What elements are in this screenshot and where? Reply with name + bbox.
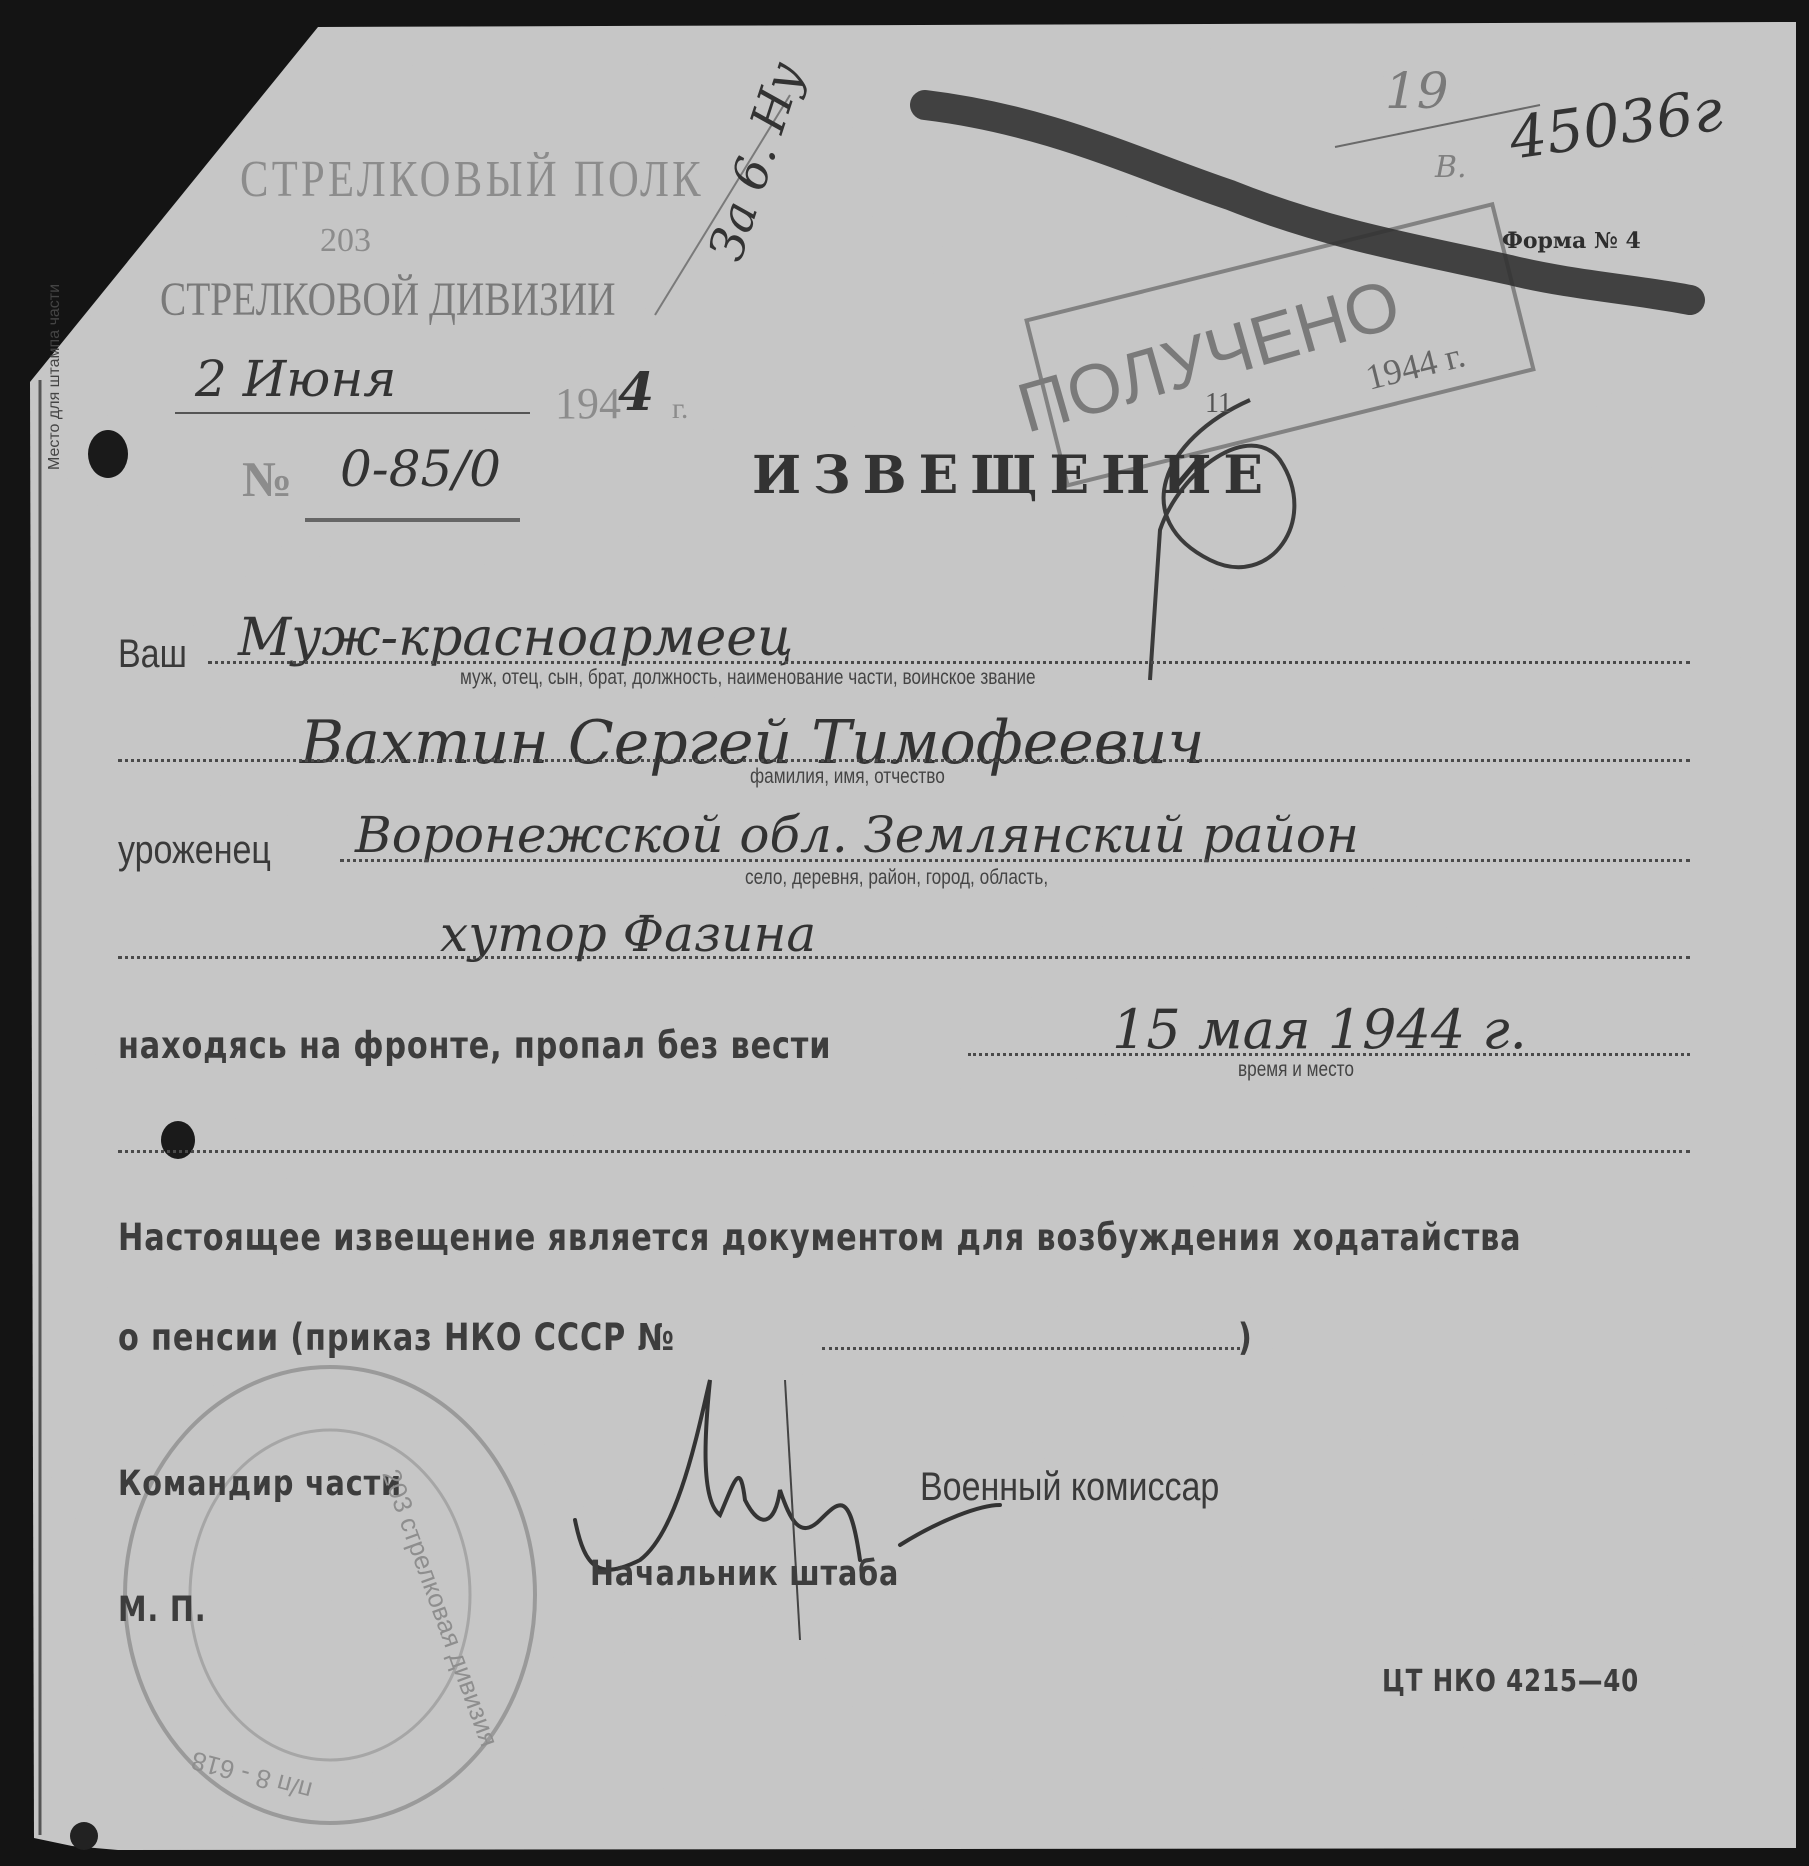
- punch-hole-middle: [161, 1121, 195, 1159]
- printer-mark: ЦТ НКО 4215—40: [1382, 1664, 1639, 1699]
- punch-hole-top: [88, 430, 128, 478]
- document-title: ИЗВЕЩЕНИЕ: [752, 445, 1275, 506]
- date-year-suffix: г.: [672, 392, 688, 426]
- commissar-label: Военный комиссар: [920, 1465, 1219, 1510]
- header-stamp-line3: СТРЕЛКОВОЙ ДИВИЗИИ: [160, 272, 616, 327]
- notice-text-line1: Настоящее извещение является документом …: [118, 1216, 1521, 1259]
- birthplace-value-2: хутор Фазина: [440, 905, 816, 963]
- relation-label: Ваш: [118, 632, 187, 677]
- seal-place-label: М. П.: [118, 1590, 206, 1630]
- handwritten-letter: В.: [1435, 150, 1467, 185]
- date-underline: [175, 412, 530, 414]
- received-stamp-day: 11: [1205, 388, 1232, 420]
- birthplace-line: [340, 859, 1690, 862]
- missing-label: находясь на фронте, пропал без вести: [118, 1024, 831, 1067]
- notice-text-line2: о пенсии (приказ НКО СССР №: [118, 1316, 675, 1359]
- date-day-month: 2 Июня: [195, 350, 396, 408]
- number-label: №: [242, 450, 292, 508]
- chief-of-staff-label: Начальник штаба: [590, 1554, 899, 1594]
- notice-text-close-paren: ): [1238, 1316, 1253, 1359]
- birthplace-value: Воронежской обл. Землянский район: [355, 806, 1359, 864]
- form-number: Форма № 4: [1502, 228, 1641, 254]
- date-year-prefix: 194: [555, 378, 621, 429]
- missing-date-value: 15 мая 1944 г.: [1112, 998, 1527, 1061]
- birthplace-label: уроженец: [118, 828, 271, 873]
- notification-document: СТРЕЛКОВЫЙ ПОЛК 203 СТРЕЛКОВОЙ ДИВИЗИИ М…: [0, 0, 1809, 1866]
- header-stamp-line1: СТРЕЛКОВЫЙ ПОЛК: [240, 150, 704, 209]
- missing-line: [968, 1053, 1690, 1056]
- birthplace-caption: село, деревня, район, город, область,: [745, 866, 1048, 890]
- number-underline: [305, 518, 520, 522]
- commander-label: Командир части: [118, 1464, 402, 1504]
- number-value: 0-85/0: [340, 440, 501, 498]
- blank-line: [118, 1150, 1690, 1153]
- name-line: [118, 759, 1690, 762]
- handwritten-number-19: 19: [1385, 62, 1449, 120]
- relation-line: [208, 661, 1690, 664]
- header-stamp-line2: 203: [320, 222, 371, 260]
- margin-stamp-label: Место для штампа части: [46, 284, 64, 470]
- punch-hole-bottom: [70, 1822, 98, 1850]
- relation-value: Муж-красноармеец: [238, 608, 793, 668]
- date-year-digit: 4: [618, 362, 654, 423]
- relation-caption: муж, отец, сын, брат, должность, наимено…: [460, 666, 1036, 690]
- order-number-line: [822, 1347, 1240, 1350]
- name-caption: фамилия, имя, отчество: [750, 765, 945, 789]
- birthplace-line-2: [118, 956, 1690, 959]
- missing-caption: время и место: [1238, 1058, 1354, 1082]
